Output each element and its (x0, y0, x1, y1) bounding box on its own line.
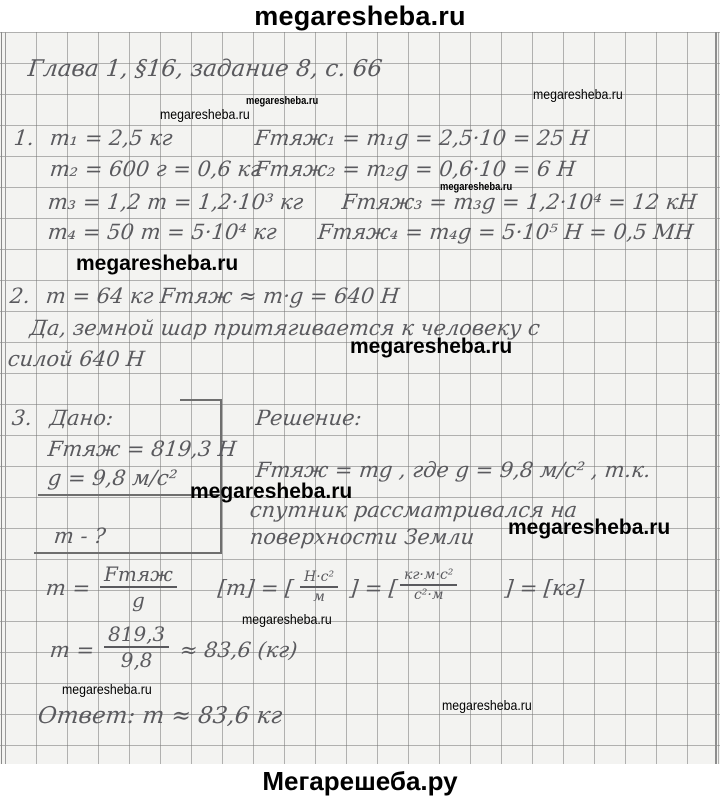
problem1-calc-4: Fтяж₄ = m₄g = 5·10⁵ Н = 0,5 МН (317, 220, 695, 244)
problem2-line-1: m = 64 кг Fтяж ≈ m·g = 640 Н (45, 284, 401, 308)
formula-numerator: Fтяж (100, 562, 177, 588)
problem1-given-4: m₄ = 50 т = 5·10⁴ кг (47, 220, 278, 244)
given-box-bottom-border (34, 552, 222, 554)
units-fraction-2: кг·м·с² с²·м (400, 566, 457, 604)
calc-lhs: m = (49, 638, 96, 662)
calc-result: ≈ 83,6 (кг) (179, 638, 299, 662)
find-mass: m - ? (53, 524, 107, 548)
problem2-number: 2. (9, 284, 32, 308)
units-numerator-1: Н·с² (300, 568, 338, 588)
answer: Ответ: m ≈ 83,6 кг (37, 703, 284, 729)
given-box-right-border (220, 399, 222, 553)
assignment-title: Глава 1, §16, задание 8, с. 66 (27, 56, 384, 82)
problem1-calc-2: Fтяж₂ = m₂g = 0,6·10 = 6 Н (254, 157, 577, 181)
watermark: megaresheba.ru (533, 86, 623, 102)
units-fraction-1: Н·с² м (300, 568, 338, 606)
formula-lhs: m = (45, 576, 92, 600)
units-mid: ] = [ (349, 576, 399, 600)
problem2-line-3: силой 640 Н (7, 347, 146, 371)
problem1-calc-1: Fтяж₁ = m₁g = 2,5·10 = 25 Н (254, 126, 590, 150)
units-rhs: ] = [кг] (504, 576, 585, 600)
solution-line-1: Fтяж = mg , где g = 9,8 м/с² , т.к. (255, 458, 652, 482)
site-footer-watermark: Мегарешеба.ру (0, 764, 720, 798)
watermark: megaresheba.ru (62, 681, 152, 697)
site-header-watermark: megaresheba.ru (0, 0, 720, 32)
watermark: megaresheba.ru (190, 480, 352, 504)
problem3-number: 3. (11, 406, 34, 430)
problem1-given-1: m₁ = 2,5 кг (49, 126, 174, 150)
watermark: megaresheba.ru (76, 252, 238, 276)
given-label: Дано: (49, 406, 115, 430)
given-box-top-border (180, 399, 222, 401)
units-numerator-2: кг·м·с² (400, 566, 457, 586)
solution-label: Решение: (255, 406, 363, 430)
calc-fraction: 819,3 9,8 (104, 622, 169, 672)
units-denominator-2: с²·м (400, 586, 457, 604)
solution-line-3: поверхности Земли (249, 525, 476, 549)
units-lhs: [m] = [ (217, 576, 295, 600)
watermark: megaresheba.ru (242, 611, 332, 627)
given-gravity: g = 9,8 м/с² (47, 466, 179, 490)
watermark: megaresheba.ru (350, 335, 512, 359)
formula-denominator: g (100, 588, 177, 612)
problem1-number: 1. (13, 126, 36, 150)
watermark: megaresheba.ru (246, 95, 318, 107)
calc-denominator: 9,8 (104, 648, 169, 672)
problem1-calc-3: Fтяж₃ = m₃g = 1,2·10⁴ = 12 кН (341, 190, 698, 214)
calc-numerator: 819,3 (104, 622, 169, 648)
problem1-given-3: m₃ = 1,2 т = 1,2·10³ кг (47, 190, 305, 214)
problem1-given-2: m₂ = 600 г = 0,6 кг (49, 157, 262, 181)
formula-fraction: Fтяж g (100, 562, 177, 612)
given-force: Fтяж = 819,3 Н (47, 437, 238, 461)
watermark: megaresheba.ru (508, 516, 670, 540)
watermark: megaresheba.ru (442, 697, 532, 713)
watermark: megaresheba.ru (160, 106, 250, 122)
watermark: megaresheba.ru (440, 181, 512, 193)
units-denominator-1: м (300, 588, 338, 606)
